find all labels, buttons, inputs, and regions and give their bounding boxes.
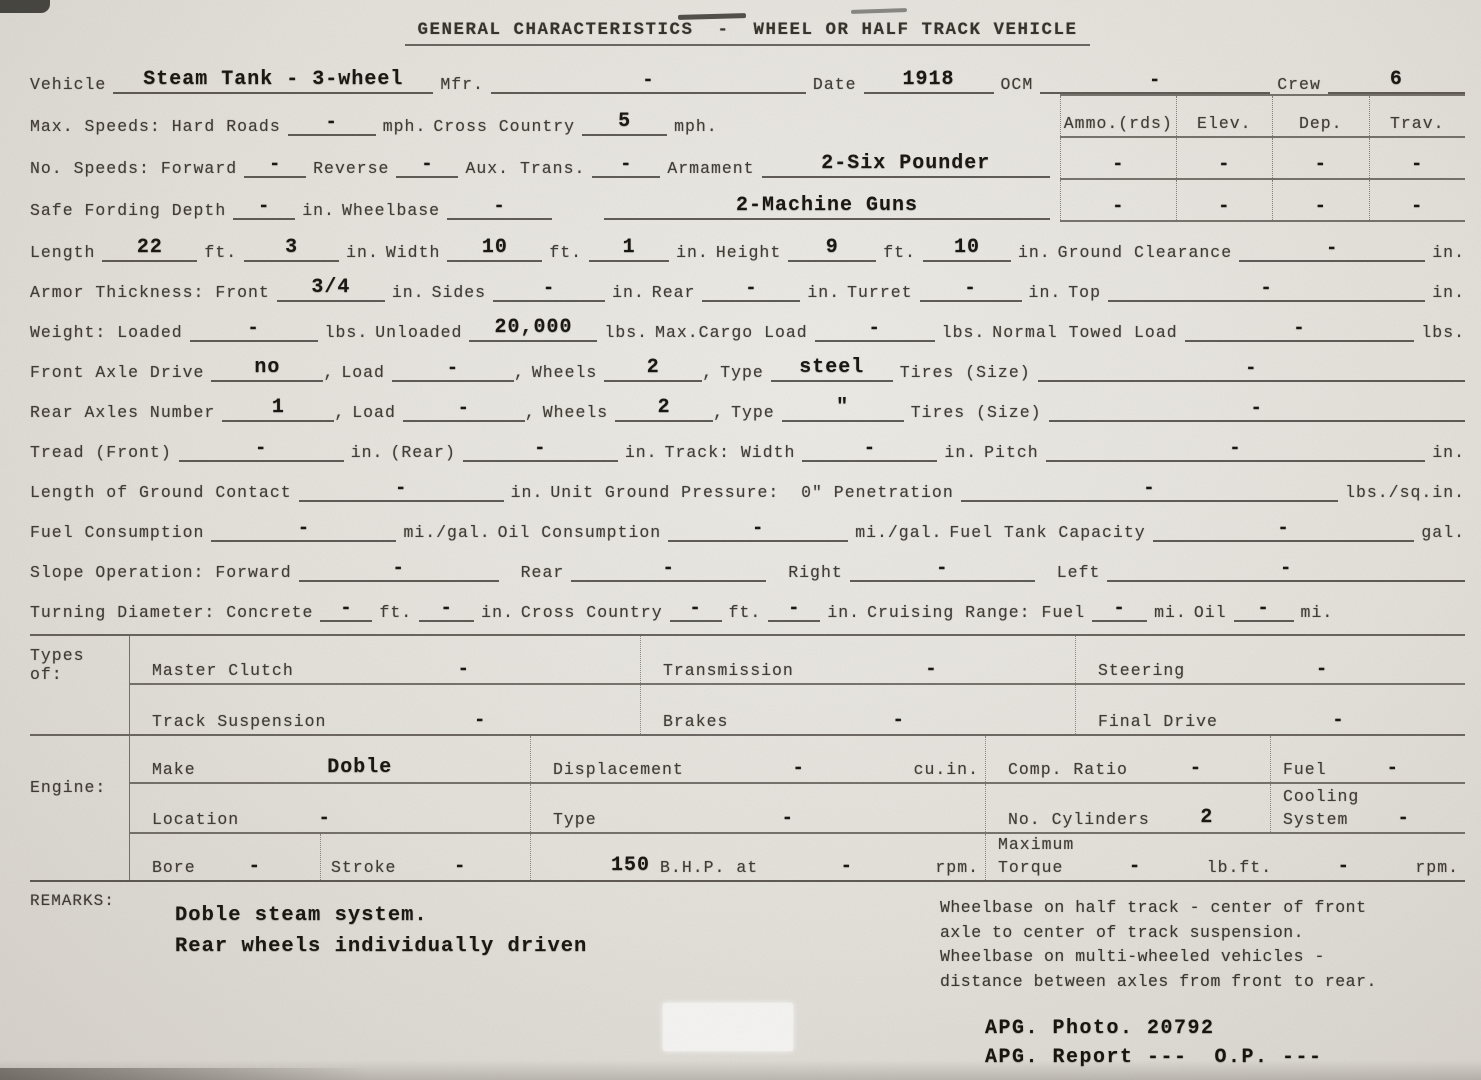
comma: ,	[514, 363, 525, 382]
reverse-label: Reverse	[313, 159, 389, 178]
master-clutch-label: Master Clutch	[152, 661, 294, 680]
turning-concrete-ft-value: -	[320, 597, 372, 622]
tread-rear-value: -	[463, 437, 618, 462]
mi-unit: mi.	[1301, 603, 1334, 622]
rear-wheels-label: Wheels	[543, 403, 608, 422]
ground-clearance-value: -	[1239, 237, 1425, 262]
torque-label-line1: Maximum	[998, 835, 1459, 855]
note-line-3: Wheelbase on multi-wheeled vehicles -	[940, 945, 1465, 970]
comp-ratio-cell: Comp. Ratio -	[985, 736, 1270, 782]
crew-label: Crew	[1277, 75, 1321, 94]
ammo-row-1: - - - -	[1060, 138, 1465, 180]
ammo-cell: -	[1176, 138, 1272, 178]
slope-forward-label: Slope Operation: Forward	[30, 563, 292, 582]
comp-ratio-value: -	[1128, 757, 1264, 779]
in-unit: in.	[1432, 243, 1465, 262]
tread-rear-label: (Rear)	[390, 443, 455, 462]
armament-1-value: 2-Six Pounder	[762, 152, 1050, 178]
pitch-value: -	[1046, 437, 1426, 462]
rear-tires-value: -	[1049, 397, 1465, 422]
in-unit: in.	[1018, 243, 1051, 262]
cylinders-value: 2	[1150, 806, 1264, 829]
speeds-armament-block: Max. Speeds: Hard Roads - mph. Cross Cou…	[30, 94, 1465, 222]
engine-make-cell: Make Doble	[130, 736, 530, 782]
cruising-oil-label: Oil	[1194, 603, 1227, 622]
types-label-1: Types	[30, 646, 129, 665]
in-unit: in.	[1432, 283, 1465, 302]
in-unit: in.	[612, 283, 645, 302]
mfr-value: -	[491, 69, 806, 94]
master-clutch-value: -	[294, 658, 634, 680]
front-type-label: Type	[720, 363, 764, 382]
scanned-form: GENERAL CHARACTERISTICS - WHEEL OR HALF …	[0, 0, 1481, 1080]
track-width-value: -	[802, 437, 937, 462]
rear-type-value: "	[782, 396, 904, 422]
length-label: Length	[30, 243, 95, 262]
date-label: Date	[813, 75, 857, 94]
rear-type-label: Type	[731, 403, 775, 422]
lbs-unit: lbs.	[942, 323, 986, 342]
ft-unit: ft.	[729, 603, 762, 622]
no-speeds-label: No. Speeds: Forward	[30, 159, 237, 178]
cooling-label-line2: System	[1283, 810, 1348, 829]
engine-row-3: Bore - Stroke - 150 B.H.P. at - rpm. M	[130, 834, 1465, 880]
reverse-value: -	[396, 153, 458, 178]
rear-wheels-value: 2	[615, 396, 713, 422]
row-turning: Turning Diameter: Concrete - ft. - in. C…	[30, 582, 1465, 622]
steering-cell: Steering -	[1075, 636, 1465, 683]
row-armor: Armor Thickness: Front 3/4 in. Sides - i…	[30, 262, 1465, 302]
transmission-cell: Transmission -	[640, 636, 1075, 683]
ground-contact-label: Length of Ground Contact	[30, 483, 292, 502]
front-tires-value: -	[1038, 357, 1465, 382]
armor-front-value: 3/4	[277, 276, 385, 302]
armor-sides-value: -	[493, 277, 605, 302]
weight-unloaded-value: 20,000	[469, 316, 597, 342]
ammo-cell: -	[1060, 138, 1176, 178]
armor-turret-value: -	[920, 277, 1022, 302]
ft-unit: ft.	[379, 603, 412, 622]
comma: ,	[323, 363, 334, 382]
front-load-value: -	[392, 357, 514, 382]
engine-fuel-value: -	[1327, 757, 1459, 779]
row-rear-axle: Rear Axles Number 1 , Load - , Wheels 2 …	[30, 382, 1465, 422]
cooling-cell: Cooling System -	[1270, 784, 1465, 832]
cylinders-label: No. Cylinders	[1008, 810, 1150, 829]
cooling-value: -	[1348, 807, 1459, 829]
armor-top-label: Top	[1068, 283, 1101, 302]
comma: ,	[713, 403, 724, 422]
remark-line-1: Doble steam system.	[175, 900, 940, 931]
armament-2-value: 2-Machine Guns	[604, 194, 1050, 220]
front-type-value: steel	[771, 356, 893, 382]
trav-header: Trav.	[1369, 96, 1465, 136]
row-fording: Safe Fording Depth - in. Wheelbase - 2-M…	[30, 178, 1050, 220]
tread-front-label: Tread (Front)	[30, 443, 172, 462]
armor-top-value: -	[1108, 277, 1425, 302]
bhp-value: 150	[611, 854, 650, 877]
weight-unloaded-label: Unloaded	[375, 323, 462, 342]
slope-forward-value: -	[299, 557, 499, 582]
torque-rpm-value: -	[1272, 855, 1415, 877]
slope-rear-label: Rear	[521, 563, 565, 582]
wheelbase-label: Wheelbase	[342, 201, 440, 220]
front-tires-label: Tires (Size)	[900, 363, 1031, 382]
hard-roads-value: -	[288, 111, 376, 136]
in-unit: in.	[807, 283, 840, 302]
in-unit: in.	[302, 201, 335, 220]
rear-axle-number-value: 1	[222, 396, 334, 422]
remarks-label: REMARKS:	[30, 892, 115, 910]
types-section: Types of: Master Clutch - Transmission -…	[30, 636, 1465, 736]
ft-unit: ft.	[549, 243, 582, 262]
max-speeds-label: Max. Speeds: Hard Roads	[30, 117, 281, 136]
comp-ratio-label: Comp. Ratio	[1008, 760, 1128, 779]
in-unit: in.	[676, 243, 709, 262]
lbs-unit: lbs.	[325, 323, 369, 342]
engine-row-2: Location - Type - No. Cylinders 2 Coolin…	[130, 784, 1465, 834]
ammo-cell: -	[1369, 180, 1465, 220]
ammo-table: Ammo.(rds) Elev. Dep. Trav. - - - - - - …	[1060, 94, 1465, 222]
gal-unit: gal.	[1421, 523, 1465, 542]
in-unit: in.	[351, 443, 384, 462]
row-no-speeds: No. Speeds: Forward - Reverse - Aux. Tra…	[30, 136, 1050, 178]
bhp-rpm-value: -	[758, 855, 935, 877]
ground-clearance-label: Ground Clearance	[1058, 243, 1232, 262]
ocm-label: OCM	[1001, 75, 1034, 94]
cu-in-unit: cu.in.	[914, 760, 979, 779]
width-ft-value: 10	[447, 236, 542, 262]
length-ft-value: 22	[102, 236, 197, 262]
location-label: Location	[152, 810, 239, 829]
engine-label: Engine:	[30, 778, 129, 797]
row-front-axle: Front Axle Drive no , Load - , Wheels 2 …	[30, 342, 1465, 382]
rear-load-value: -	[403, 397, 525, 422]
wheelbase-note: Wheelbase on half track - center of fron…	[940, 886, 1465, 1072]
armor-sides-label: Sides	[432, 283, 487, 302]
mi-gal-unit: mi./gal.	[403, 523, 490, 542]
dep-header: Dep.	[1272, 96, 1368, 136]
rpm-unit: rpm.	[1415, 858, 1459, 877]
track-suspension-label: Track Suspension	[152, 712, 326, 731]
displacement-value: -	[684, 757, 914, 779]
brakes-label: Brakes	[663, 712, 728, 731]
fording-value: -	[233, 195, 295, 220]
slope-right-label: Right	[788, 563, 843, 582]
front-load-label: Load	[341, 363, 385, 382]
remark-line-2: Rear wheels individually driven	[175, 931, 940, 962]
ammo-rds-header: Ammo.(rds)	[1060, 96, 1176, 136]
rear-load-label: Load	[352, 403, 396, 422]
in-unit: in.	[1029, 283, 1062, 302]
armament-label: Armament	[667, 159, 754, 178]
front-axle-label: Front Axle Drive	[30, 363, 204, 382]
ammo-cell: -	[1176, 180, 1272, 220]
length-in-value: 3	[244, 236, 339, 262]
row-max-speeds: Max. Speeds: Hard Roads - mph. Cross Cou…	[30, 94, 1050, 136]
displacement-label: Displacement	[553, 760, 684, 779]
mi-unit: mi.	[1154, 603, 1187, 622]
apg-photo-number: APG. Photo. 20792	[985, 1014, 1465, 1043]
width-label: Width	[386, 243, 441, 262]
in-unit: in.	[944, 443, 977, 462]
ammo-cell: -	[1060, 180, 1176, 220]
row-vehicle: Vehicle Steam Tank - 3-wheel Mfr. - Date…	[30, 54, 1465, 94]
engine-type-value: -	[597, 807, 979, 829]
weight-loaded-value: -	[190, 317, 318, 342]
ammo-row-2: - - - -	[1060, 180, 1465, 222]
engine-fuel-label: Fuel	[1283, 760, 1327, 779]
stroke-cell: Stroke -	[320, 834, 530, 880]
transmission-label: Transmission	[663, 661, 794, 680]
aux-trans-value: -	[592, 153, 660, 178]
tank-capacity-value: -	[1153, 517, 1415, 542]
turning-cross-in-value: -	[768, 597, 820, 622]
turning-cross-ft-value: -	[670, 597, 722, 622]
steering-value: -	[1185, 658, 1459, 680]
towed-load-value: -	[1185, 317, 1415, 342]
note-line-2: axle to center of track suspension.	[940, 921, 1465, 946]
row-consumption: Fuel Consumption - mi./gal. Oil Consumpt…	[30, 502, 1465, 542]
engine-type-cell: Type -	[530, 784, 985, 832]
master-clutch-cell: Master Clutch -	[130, 636, 640, 683]
lbs-sqin-unit: lbs./sq.in.	[1345, 483, 1465, 502]
in-unit: in.	[1432, 443, 1465, 462]
pitch-label: Pitch	[984, 443, 1039, 462]
ft-unit: ft.	[204, 243, 237, 262]
fuel-consumption-value: -	[211, 517, 396, 542]
wheelbase-value: -	[447, 195, 552, 220]
lbs-unit: lbs.	[1421, 323, 1465, 342]
armor-rear-value: -	[702, 277, 800, 302]
row-ground-contact: Length of Ground Contact - in. Unit Grou…	[30, 462, 1465, 502]
page-title: GENERAL CHARACTERISTICS - WHEEL OR HALF …	[405, 20, 1089, 46]
engine-fuel-cell: Fuel -	[1270, 736, 1465, 782]
track-width-label: Track: Width	[665, 443, 796, 462]
location-value: -	[239, 807, 410, 829]
bore-value: -	[196, 855, 314, 877]
tread-front-value: -	[179, 437, 344, 462]
slope-right-value: -	[850, 557, 1035, 582]
ft-unit: ft.	[883, 243, 916, 262]
types-label-2: of:	[30, 665, 129, 684]
in-unit: in.	[511, 483, 544, 502]
ocm-value: -	[1040, 69, 1270, 94]
engine-section: Engine: Make Doble Displacement - cu.in.…	[30, 736, 1465, 880]
torque-value: -	[1063, 855, 1206, 877]
mph-unit: mph.	[674, 117, 718, 136]
ammo-cell: -	[1369, 138, 1465, 178]
front-wheels-label: Wheels	[532, 363, 597, 382]
towed-load-label: Normal Towed Load	[992, 323, 1177, 342]
cylinders-cell: No. Cylinders 2	[985, 784, 1270, 832]
oil-consumption-value: -	[668, 517, 848, 542]
height-in-value: 10	[923, 236, 1011, 262]
fuel-consumption-label: Fuel Consumption	[30, 523, 204, 542]
track-suspension-cell: Track Suspension -	[130, 685, 640, 734]
brakes-cell: Brakes -	[640, 685, 1075, 734]
comma: ,	[525, 403, 536, 422]
final-drive-cell: Final Drive -	[1075, 685, 1465, 734]
ground-contact-value: -	[299, 477, 504, 502]
armor-turret-label: Turret	[847, 283, 912, 302]
forward-value: -	[244, 153, 306, 178]
oil-consumption-label: Oil Consumption	[498, 523, 662, 542]
note-line-4: distance between axles from front to rea…	[940, 970, 1465, 995]
ammo-header-row: Ammo.(rds) Elev. Dep. Trav.	[1060, 96, 1465, 138]
stroke-value: -	[396, 855, 524, 877]
armor-rear-label: Rear	[652, 283, 696, 302]
ammo-cell: -	[1272, 180, 1368, 220]
slope-left-label: Left	[1057, 563, 1101, 582]
mi-gal-unit: mi./gal.	[855, 523, 942, 542]
weight-loaded-label: Weight: Loaded	[30, 323, 183, 342]
in-unit: in.	[392, 283, 425, 302]
cooling-label-line1: Cooling	[1283, 787, 1459, 807]
types-row-1: Master Clutch - Transmission - Steering …	[130, 636, 1465, 685]
ground-pressure-label: Unit Ground Pressure: 0" Penetration	[550, 483, 953, 502]
tank-capacity-label: Fuel Tank Capacity	[949, 523, 1145, 542]
fording-label: Safe Fording Depth	[30, 201, 226, 220]
bhp-cell: 150 B.H.P. at - rpm.	[530, 834, 985, 880]
make-label: Make	[152, 760, 196, 779]
rpm-unit: rpm.	[935, 858, 979, 877]
cargo-load-value: -	[815, 317, 935, 342]
penetration-value: -	[961, 477, 1338, 502]
types-row-2: Track Suspension - Brakes - Final Drive …	[130, 685, 1465, 734]
ammo-cell: -	[1272, 138, 1368, 178]
bore-label: Bore	[152, 858, 196, 877]
final-drive-value: -	[1218, 709, 1459, 731]
width-in-value: 1	[589, 236, 669, 262]
in-unit: in.	[827, 603, 860, 622]
slope-left-value: -	[1107, 557, 1465, 582]
cargo-load-label: Max.Cargo Load	[655, 323, 808, 342]
scan-bottom-edge	[0, 1060, 1481, 1080]
displacement-cell: Displacement - cu.in.	[530, 736, 985, 782]
cruising-oil-value: -	[1234, 597, 1294, 622]
engine-location-cell: Location -	[130, 784, 530, 832]
row-dimensions: Length 22 ft. 3 in. Width 10 ft. 1 in. H…	[30, 222, 1465, 262]
final-drive-label: Final Drive	[1098, 712, 1218, 731]
height-label: Height	[716, 243, 781, 262]
cross-country-value: 5	[582, 110, 667, 136]
mph-unit: mph.	[383, 117, 427, 136]
track-suspension-value: -	[326, 709, 634, 731]
in-unit: in.	[481, 603, 514, 622]
armor-front-label: Armor Thickness: Front	[30, 283, 270, 302]
cruising-range-label: Cruising Range: Fuel	[867, 603, 1085, 622]
mfr-label: Mfr.	[440, 75, 484, 94]
rear-axle-label: Rear Axles Number	[30, 403, 215, 422]
bhp-label: B.H.P. at	[660, 858, 758, 877]
in-unit: in.	[625, 443, 658, 462]
turning-concrete-label: Turning Diameter: Concrete	[30, 603, 313, 622]
note-line-1: Wheelbase on half track - center of fron…	[940, 896, 1465, 921]
torque-cell: Maximum Torque - lb.ft. - rpm.	[985, 834, 1465, 880]
date-value: 1918	[864, 68, 994, 94]
turning-concrete-in-value: -	[419, 597, 474, 622]
cross-country-label: Cross Country	[433, 117, 575, 136]
height-ft-value: 9	[788, 236, 876, 262]
engine-row-1: Make Doble Displacement - cu.in. Comp. R…	[130, 736, 1465, 784]
brakes-value: -	[728, 709, 1069, 731]
in-unit: in.	[346, 243, 379, 262]
comma: ,	[334, 403, 345, 422]
row-weight: Weight: Loaded - lbs. Unloaded 20,000 lb…	[30, 302, 1465, 342]
cruising-fuel-value: -	[1092, 597, 1147, 622]
aux-trans-label: Aux. Trans.	[465, 159, 585, 178]
steering-label: Steering	[1098, 661, 1185, 680]
engine-type-label: Type	[553, 810, 597, 829]
slope-rear-value: -	[571, 557, 766, 582]
remarks-block: REMARKS: Doble steam system. Rear wheels…	[30, 886, 1465, 1072]
comma: ,	[702, 363, 713, 382]
stroke-label: Stroke	[331, 858, 396, 877]
elev-header: Elev.	[1176, 96, 1272, 136]
front-wheels-value: 2	[604, 356, 702, 382]
vehicle-value: Steam Tank - 3-wheel	[113, 68, 433, 94]
drivetrain-engine-table: Types of: Master Clutch - Transmission -…	[30, 634, 1465, 882]
crew-value: 6	[1328, 68, 1465, 94]
torque-label-line2: Torque	[998, 858, 1063, 877]
turning-cross-label: Cross Country	[521, 603, 663, 622]
rear-tires-label: Tires (Size)	[911, 403, 1042, 422]
lbs-unit: lbs.	[604, 323, 648, 342]
row-tread: Tread (Front) - in. (Rear) - in. Track: …	[30, 422, 1465, 462]
lb-ft-unit: lb.ft.	[1207, 858, 1272, 877]
front-axle-drive-value: no	[211, 356, 323, 382]
bore-cell: Bore -	[130, 834, 320, 880]
vehicle-label: Vehicle	[30, 75, 106, 94]
scan-corner-smudge	[0, 0, 50, 13]
transmission-value: -	[794, 658, 1069, 680]
row-slope: Slope Operation: Forward - Rear - Right …	[30, 542, 1465, 582]
make-value: Doble	[196, 756, 524, 779]
